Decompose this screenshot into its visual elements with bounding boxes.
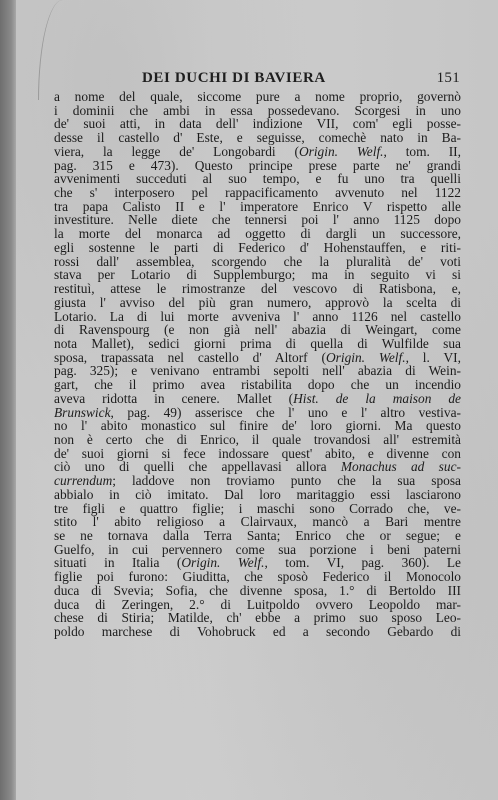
text-line: a nome del quale, siccome pure a nome pr…	[54, 90, 461, 104]
text-line: pag. 325); e venivano entrambi sepolti n…	[54, 364, 461, 378]
text-line: chese di Stiria; Matilde, ch' ebbe a pri…	[54, 611, 461, 625]
text-line: nota Mallet), sedici giorni prima di que…	[54, 337, 461, 351]
running-header-title: DEI DUCHI DI BAVIERA	[142, 70, 326, 87]
text-line: de' suoi atti, in data dell' indizione V…	[54, 117, 461, 131]
text-line: stito l' abito religioso a Clairvaux, ma…	[54, 515, 461, 529]
text-line: sposa, trapassata nel castello d' Altorf…	[54, 351, 461, 365]
text-line: abbialo in ciò imitato. Dal loro maritag…	[54, 488, 461, 502]
text-line: non è certo che di Enrico, il quale trov…	[54, 433, 461, 447]
text-line: di Ravenspourg (e non già nell' abazia d…	[54, 323, 461, 337]
text-line: desse il castello d' Este, e seguisse, c…	[54, 131, 461, 145]
text-line: duca di Zeringen, 2.° di Luitpoldo ovver…	[54, 598, 461, 612]
text-line: poldo marchese di Vohobruck ed a secondo…	[54, 625, 461, 639]
body-text: a nome del quale, siccome pure a nome pr…	[54, 90, 461, 639]
text-line: pag. 315 e 473). Questo principe prese p…	[54, 159, 461, 173]
text-line: Guelfo, in cui pervennero come sua porzi…	[54, 543, 461, 557]
text-line: i dominii che ambi in essa possedevano. …	[54, 104, 461, 118]
text-line: Lotario. La di lui morte avveniva l' ann…	[54, 310, 461, 324]
text-line: avvenimenti succeduti al suo tempo, e fu…	[54, 172, 461, 186]
text-line: gart, che il primo avea ristabilita dopo…	[54, 378, 461, 392]
text-line: ciò uno di quelli che appellavasi allora…	[54, 460, 461, 474]
text-line: egli sostenne le parti di Federico d' Ho…	[54, 241, 461, 255]
text-line: viera, la legge de' Longobardi (Origin. …	[54, 145, 461, 159]
text-line: currendum; laddove non troviamo punto ch…	[54, 474, 461, 488]
page-crease	[38, 0, 79, 100]
running-header: DEI DUCHI DI BAVIERA 151	[142, 70, 460, 87]
text-line: restituì, attese le rimostranze del vesc…	[54, 282, 461, 296]
text-line: de' suoi giorni si fece indossare quest'…	[54, 447, 461, 461]
text-line: se ne tornava dalla Terra Santa; Enrico …	[54, 529, 461, 543]
text-line: rossi dall' assemblea, scorgendo che la …	[54, 255, 461, 269]
text-line: investiture. Nelle diete che tennersi po…	[54, 213, 461, 227]
text-line: tre figli e quattro figlie; i maschi son…	[54, 502, 461, 516]
text-line: situati in Italia (Origin. Welf., tom. V…	[54, 556, 461, 570]
text-line: aveva ridotta in cenere. Mallet (Hist. d…	[54, 392, 461, 406]
book-binding-edge	[0, 0, 16, 800]
text-line: la morte del monarca ad oggetto di dargl…	[54, 227, 461, 241]
text-line: tra papa Calisto II e l' imperatore Enri…	[54, 200, 461, 214]
page-number: 151	[437, 70, 460, 87]
text-line: no l' abito monastico sul finire de' lor…	[54, 419, 461, 433]
text-line: duca di Svevia; Sofia, che divenne sposa…	[54, 584, 461, 598]
text-line: Brunswick, pag. 49) asserisce che l' uno…	[54, 406, 461, 420]
text-line: che s' interposero pel rappacificamento …	[54, 186, 461, 200]
text-line: stava per Lotario di Supplemburgo; ma in…	[54, 268, 461, 282]
text-line: figlie poi furono: Giuditta, che sposò F…	[54, 570, 461, 584]
text-line: giusta l' avviso del più gran numero, ap…	[54, 296, 461, 310]
